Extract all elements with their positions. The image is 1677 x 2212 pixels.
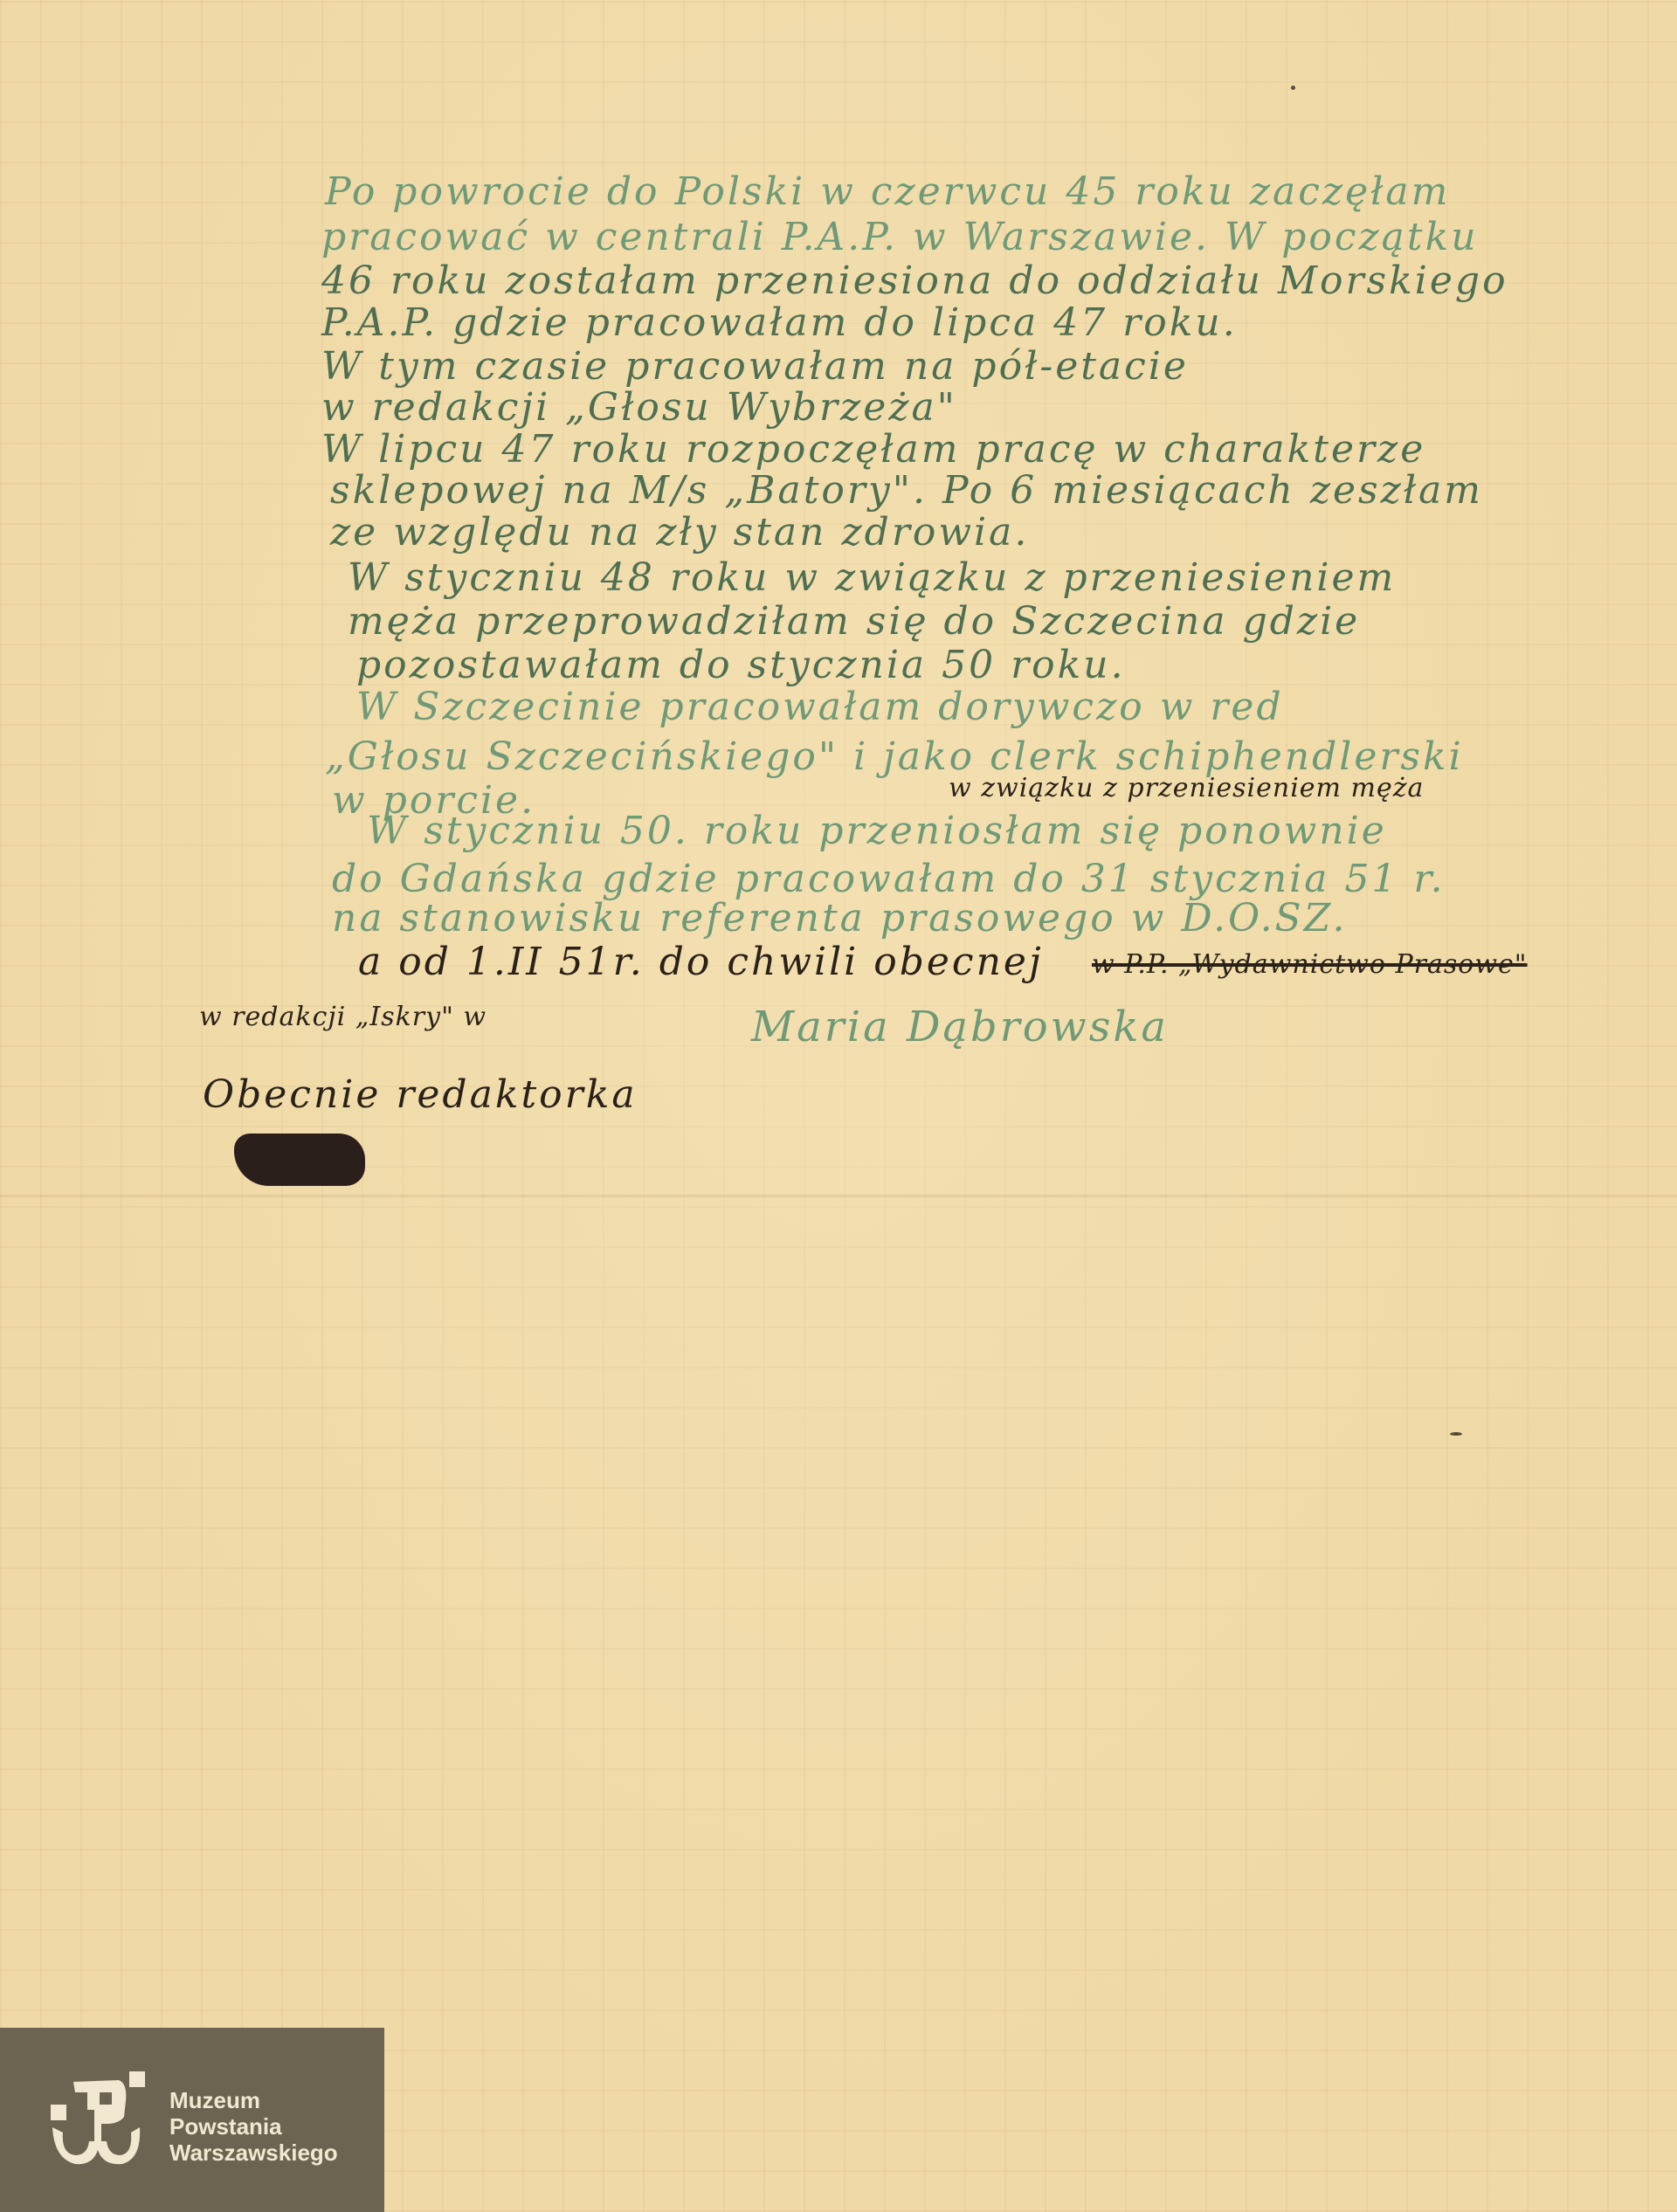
text-line-3: 46 roku zostałam przeniesiona do oddział… [321,262,1508,300]
ink-blot [234,1134,365,1186]
text-line-16: W styczniu 50. roku przeniosłam się pono… [367,812,1387,851]
paper-speck [1450,1432,1462,1436]
text-line-19: a od 1.II 51r. do chwili obecnej [358,943,1044,982]
text-line-13: W Szczecinie pracowałam dorywczo w red [356,688,1284,727]
text-line-4: P.A.P. gdzie pracowałam do lipca 47 roku… [321,304,1238,342]
text-line-10: W styczniu 48 roku w związku z przeniesi… [348,559,1396,597]
text-line-17: do Gdańska gdzie pracowałam do 31 styczn… [332,860,1446,899]
bottom-note: Obecnie redaktorka [203,1076,638,1114]
museum-name-line3: Warszawskiego [169,2140,338,2166]
paper-speck [1291,86,1295,90]
museum-watermark: Muzeum Powstania Warszawskiego [0,2028,384,2212]
museum-name-line2: Powstania [169,2113,338,2140]
text-line-11: męża przeprowadziłam się do Szczecina gd… [348,603,1360,641]
text-line-7: W lipcu 47 roku rozpoczęłam pracę w char… [321,431,1425,469]
text-line-8: sklepowej na M/s „Batory". Po 6 miesiąca… [330,472,1483,510]
text-line-18: na stanowisku referenta prasowego w D.O.… [332,899,1347,938]
museum-name: Muzeum Powstania Warszawskiego [169,2087,338,2166]
text-line-12: pozostawałam do stycznia 50 roku. [356,646,1126,685]
insertion-note: w związku z przeniesieniem męża [949,775,1424,802]
signature: Maria Dąbrowska [751,1006,1169,1048]
text-line-9: ze względu na zły stan zdrowia. [330,513,1029,552]
struck-text: w P.P. „Wydawnictwo Prasowe" [1092,952,1528,978]
text-line-5: W tym czasie pracowałam na pół-etacie [321,348,1189,386]
kotwica-anchor-icon [49,2063,154,2176]
text-line-14: „Głosu Szczecińskiego" i jako clerk schi… [325,738,1464,776]
text-line-2: pracować w centrali P.A.P. w Warszawie. … [321,218,1479,257]
paper-fold-line [0,1195,1677,1197]
text-line-1: Po powrocie do Polski w czerwcu 45 roku … [325,173,1450,211]
museum-name-line1: Muzeum [169,2087,338,2113]
margin-note: w redakcji „Iskry" w [199,1004,487,1030]
text-line-6: w redakcji „Głosu Wybrzeża" [321,389,957,427]
